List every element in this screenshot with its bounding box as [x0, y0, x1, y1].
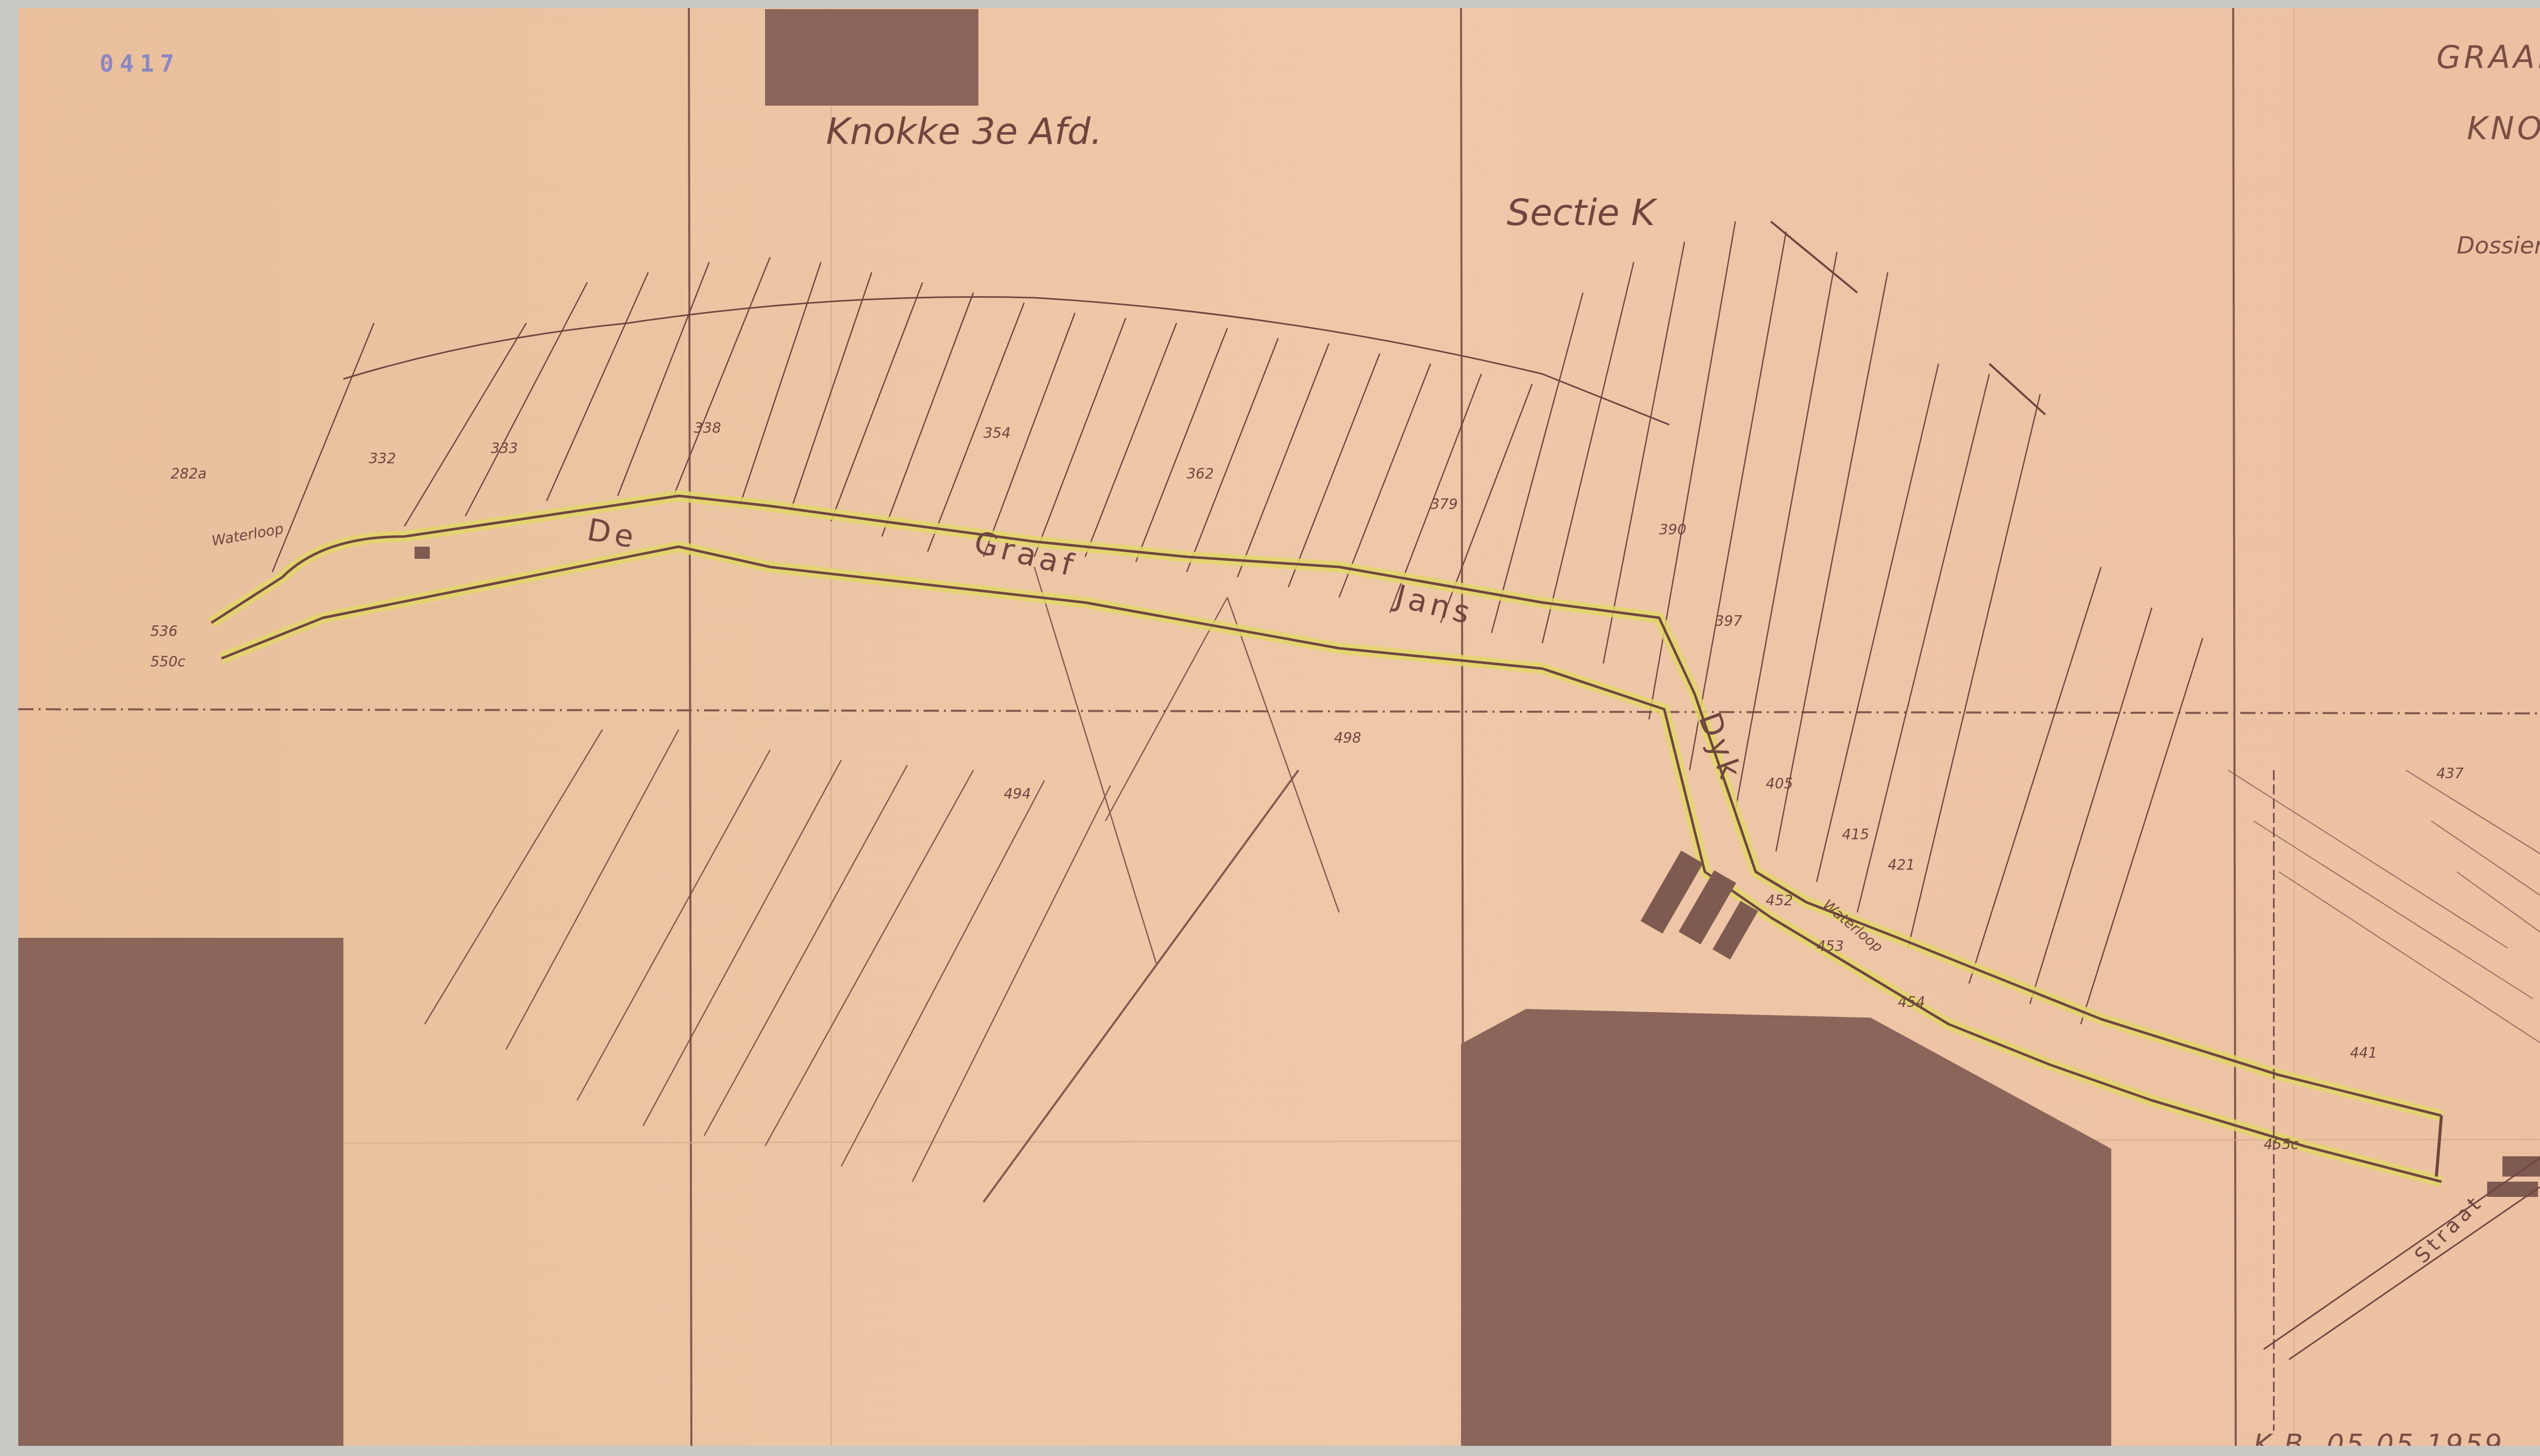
grid-line-vertical	[689, 8, 691, 1446]
parcel-number: 362	[1187, 465, 1214, 482]
parcel-number: 437	[2436, 765, 2463, 782]
handwritten-title: GRAAF JANS DŸK	[2436, 39, 2540, 76]
cadastral-drawing	[18, 8, 2540, 1446]
parcel-number: 454	[1898, 994, 1925, 1010]
signature-date: K.B. 05.05.1959	[2253, 1428, 2504, 1446]
parcel-number: 455c	[2264, 1136, 2299, 1153]
parcel-number: 332	[369, 450, 396, 467]
archive-stamp: 0417	[100, 50, 180, 77]
redaction-block	[18, 938, 343, 1446]
parcel-number: 333	[491, 440, 518, 457]
grid-line-vertical	[2233, 8, 2236, 1446]
map-sheet: 0417 GRAAF JANS DŸK KNOKKE HEIST Dossier…	[18, 8, 2540, 1446]
redaction-block	[765, 9, 978, 106]
parcel-number: 379	[1431, 496, 1457, 513]
parcel-number: 536	[150, 623, 177, 640]
handwritten-subtitle: KNOKKE HEIST	[2467, 110, 2540, 147]
parcel-number: 397	[1715, 613, 1742, 629]
parcel-number: 354	[983, 425, 1010, 441]
parcel-number: 453	[1817, 938, 1844, 955]
parcel-number: 452	[1766, 892, 1793, 909]
dossier-label: Dossiernr :	[2457, 232, 2540, 259]
parcel-number: 338	[694, 420, 721, 436]
parcel-number: 441	[2350, 1044, 2377, 1061]
parcel-number: 498	[1334, 730, 1361, 746]
section-label: Sectie K	[1507, 191, 1655, 234]
parcel-number: 282a	[171, 465, 207, 482]
grid-line-horizontal	[18, 709, 2540, 714]
parcel-number: 550c	[150, 653, 185, 670]
parcel-number: 415	[1842, 826, 1869, 843]
municipality-label: Knokke 3e Afd.	[826, 110, 1102, 152]
parcel-number: 421	[1888, 857, 1915, 873]
parcel-number: 405	[1766, 775, 1793, 792]
parcel-number: 390	[1659, 521, 1686, 538]
parcel-number: 494	[1004, 785, 1031, 802]
